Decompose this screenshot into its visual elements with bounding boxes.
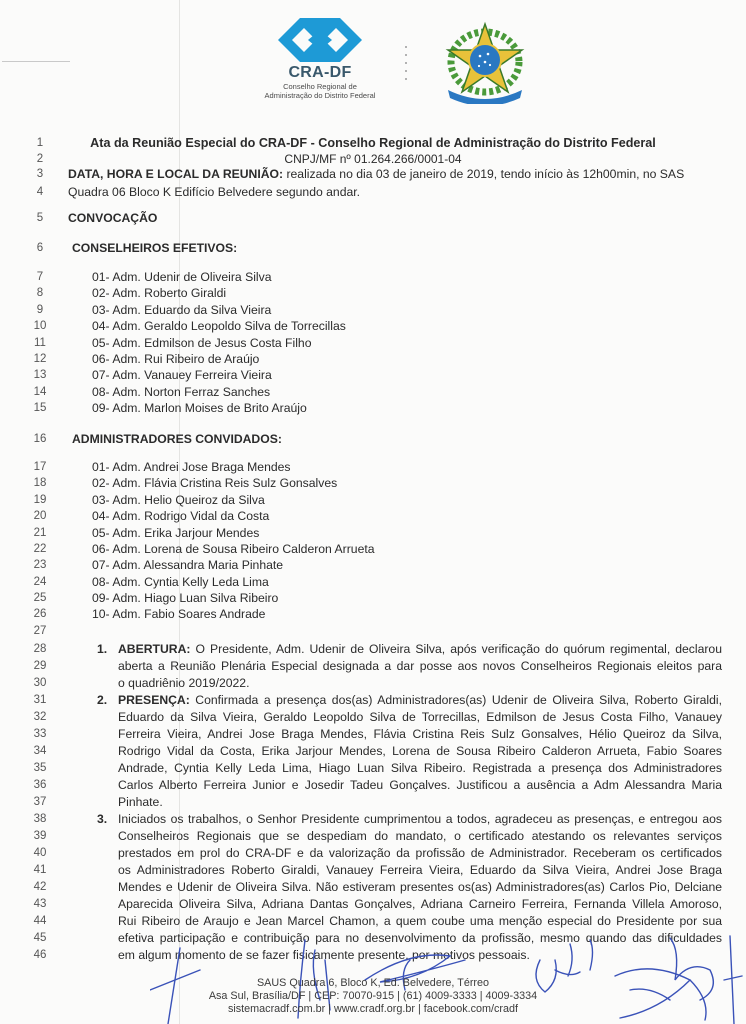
convidados-heading: ADMINISTRADORES CONVIDADOS:: [72, 432, 282, 446]
item-label: PRESENÇA:: [118, 693, 190, 707]
line-number: 20: [28, 510, 52, 522]
meeting-info-text: realizada no dia 03 de janeiro de 2019, …: [283, 167, 684, 181]
line-number: 9: [28, 304, 52, 316]
line-number: 46: [28, 949, 52, 961]
paragraph-line: aberta a Reunião Plenária Especial desig…: [118, 659, 722, 673]
conselheiro-name: 03- Adm. Eduardo da Silva Vieira: [92, 303, 271, 317]
meeting-info-text-cont: Quadra 06 Bloco K Edifício Belvedere seg…: [68, 185, 360, 199]
line-number: 7: [28, 271, 52, 283]
cra-diamond-icon: [278, 18, 362, 62]
line-number: 30: [28, 677, 52, 689]
line-number: 42: [28, 881, 52, 893]
footer-contact: Asa Sul, Brasília/DF | CEP: 70070-915 | …: [0, 990, 746, 1003]
paragraph-line: Conselheiros Regionais que se despediam …: [118, 829, 722, 843]
paragraph-line: prestados em prol do CRA-DF e da valoriz…: [118, 846, 722, 860]
paragraph-line: Mendes e Udenir de Oliveira Silva. Não e…: [118, 880, 722, 894]
org-full-name-1: Conselho Regional de: [250, 82, 390, 91]
paragraph-line: o quadriênio 2019/2022.: [118, 676, 722, 690]
line-number: 5: [28, 212, 52, 224]
line-number: 37: [28, 796, 52, 808]
line-number: 12: [28, 353, 52, 365]
line-number: 28: [28, 643, 52, 655]
convidado-name: 06- Adm. Lorena de Sousa Ribeiro Caldero…: [92, 542, 375, 556]
line-number: 34: [28, 745, 52, 757]
paragraph-line: Pinhate.: [118, 795, 722, 809]
line-number: 31: [28, 694, 52, 706]
convidado-name: 07- Adm. Alessandra Maria Pinhate: [92, 558, 283, 572]
line-number: 26: [28, 608, 52, 620]
line-number: 32: [28, 711, 52, 723]
convidado-name: 10- Adm. Fabio Soares Andrade: [92, 607, 265, 621]
line-number: 3: [28, 168, 52, 180]
org-full-name-2: Administração do Distrito Federal: [250, 91, 390, 100]
line-number: 23: [28, 559, 52, 571]
line-number: 10: [28, 320, 52, 332]
conselheiro-name: 07- Adm. Vanauey Ferreira Vieira: [92, 368, 272, 382]
line-number: 14: [28, 386, 52, 398]
convidado-name: 05- Adm. Erika Jarjour Mendes: [92, 526, 259, 540]
brazil-coat-of-arms-icon: [440, 18, 530, 109]
paragraph-line: O Presidente, Adm. Udenir de Oliveira Si…: [190, 642, 722, 656]
meeting-info-label: DATA, HORA E LOCAL DA REUNIÃO:: [68, 167, 283, 181]
item-number: 3.: [97, 812, 107, 826]
line-number: 29: [28, 660, 52, 672]
logo-separator: [405, 46, 408, 86]
line-number: 43: [28, 898, 52, 910]
line-number: 38: [28, 813, 52, 825]
line-number: 19: [28, 494, 52, 506]
paragraph-line: Ferreira Vieira, Andrei Jose Braga Mende…: [118, 727, 722, 741]
footer-address: SAUS Quadra 6, Bloco K, Ed. Belvedere, T…: [0, 977, 746, 990]
line-number: 35: [28, 762, 52, 774]
line-number: 25: [28, 592, 52, 604]
document-title: Ata da Reunião Especial do CRA-DF - Cons…: [0, 136, 746, 150]
line-number: 45: [28, 932, 52, 944]
line-number: 41: [28, 864, 52, 876]
conselheiro-name: 01- Adm. Udenir de Oliveira Silva: [92, 270, 272, 284]
line-number: 44: [28, 915, 52, 927]
convidado-name: 01- Adm. Andrei Jose Braga Mendes: [92, 460, 291, 474]
convidado-name: 08- Adm. Cyntia Kelly Leda Lima: [92, 575, 269, 589]
conselheiro-name: 06- Adm. Rui Ribeiro de Araújo: [92, 352, 259, 366]
line-number: 18: [28, 477, 52, 489]
line-number: 21: [28, 527, 52, 539]
paragraph-line: Andrade, Cyntia Kelly Leda Lima, Hiago L…: [118, 761, 722, 775]
line-number: 33: [28, 728, 52, 740]
conselheiro-name: 05- Adm. Edmilson de Jesus Costa Filho: [92, 336, 311, 350]
conselheiros-heading: CONSELHEIROS EFETIVOS:: [72, 241, 237, 255]
item-number: 2.: [97, 693, 107, 707]
letterhead: CRA-DF Conselho Regional de Administraçã…: [0, 10, 746, 110]
conselheiro-name: 02- Adm. Roberto Giraldi: [92, 286, 226, 300]
line-number: 13: [28, 369, 52, 381]
line-number: 8: [28, 287, 52, 299]
paragraph-line: Rodrigo Vidal da Costa, Erika Jarjour Me…: [118, 744, 722, 758]
line-number: 39: [28, 830, 52, 842]
conselheiro-name: 09- Adm. Marlon Moises de Brito Araújo: [92, 401, 307, 415]
paragraph-line: Confirmada a presença dos(as) Administra…: [190, 693, 722, 707]
convidado-name: 02- Adm. Flávia Cristina Reis Sulz Gonsa…: [92, 476, 337, 490]
cnpj: CNPJ/MF nº 01.264.266/0001-04: [0, 152, 746, 166]
line-number: 36: [28, 779, 52, 791]
line-number: 15: [28, 402, 52, 414]
conselheiro-name: 04- Adm. Geraldo Leopoldo Silva de Torre…: [92, 319, 346, 333]
paragraph-line: Iniciados os trabalhos, o Senhor Preside…: [118, 812, 722, 826]
paragraph-line: Aparecida Oliveira Silva, Adriana Dantas…: [118, 897, 722, 911]
conselheiro-name: 08- Adm. Norton Ferraz Sanches: [92, 385, 270, 399]
convidado-name: 03- Adm. Helio Queiroz da Silva: [92, 493, 265, 507]
paragraph-line: os Administradores Roberto Giraldi, Vana…: [118, 863, 722, 877]
item-label: ABERTURA:: [118, 642, 190, 656]
item-number: 1.: [97, 642, 107, 656]
paragraph-line: Carlos Alberto Ferreira Junior e Josedir…: [118, 778, 722, 792]
footer-web: sistemacradf.com.br | www.cradf.org.br |…: [0, 1003, 746, 1016]
line-number: 24: [28, 576, 52, 588]
convidado-name: 04- Adm. Rodrigo Vidal da Costa: [92, 509, 269, 523]
line-number: 4: [28, 186, 52, 198]
line-number: 11: [28, 337, 52, 349]
line-number: 40: [28, 847, 52, 859]
line-number: 22: [28, 543, 52, 555]
convocacao-heading: CONVOCAÇÃO: [68, 211, 157, 225]
org-short-name: CRA-DF: [250, 64, 390, 82]
paragraph-line: Eduardo da Silva Vieira, Geraldo Leopold…: [118, 710, 722, 724]
line-number: 16: [28, 433, 52, 445]
convidado-name: 09- Adm. Hiago Luan Silva Ribeiro: [92, 591, 278, 605]
line-number: 6: [28, 242, 52, 254]
cra-df-logo: CRA-DF Conselho Regional de Administraçã…: [250, 18, 390, 100]
line-number: 27: [28, 625, 52, 637]
line-number: 17: [28, 461, 52, 473]
